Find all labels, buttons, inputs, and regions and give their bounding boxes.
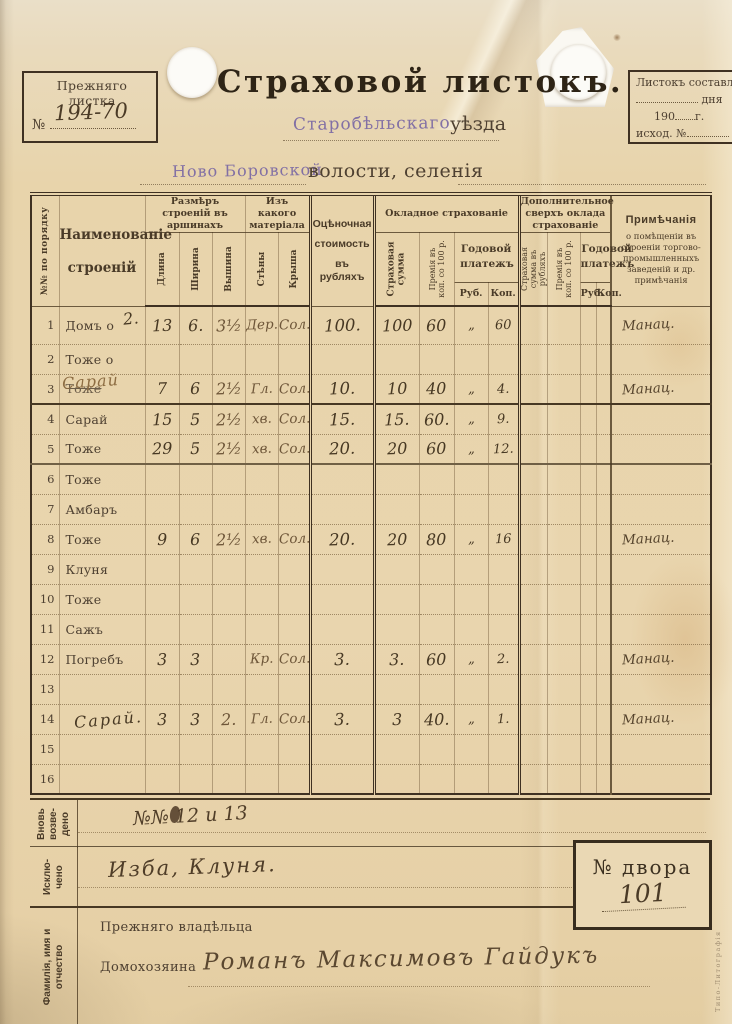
handwritten-value: „ — [467, 442, 474, 457]
col-header-name: Наименованіестроеній — [59, 194, 145, 306]
cell-walls — [245, 584, 278, 614]
cell-dkop — [596, 404, 611, 434]
cell-walls: Дер. — [245, 306, 278, 344]
table-row: 9Клуня — [31, 554, 711, 584]
cell-len — [145, 554, 179, 584]
previous-sheet-box: Прежняго листка № 194-70 — [22, 71, 158, 143]
table-row: 11Сажъ — [31, 614, 711, 644]
cell-wid: 3 — [179, 704, 212, 734]
cell-kop — [488, 554, 519, 584]
cell-value — [310, 494, 374, 524]
cell-note — [611, 494, 711, 524]
cell-dsum — [519, 554, 547, 584]
cell-prem: 60. — [419, 404, 454, 434]
handwritten-value: 3 — [392, 709, 403, 728]
cell-len — [145, 494, 179, 524]
building-name-cell: Клуня — [59, 554, 145, 584]
householder-name-handwritten: Романъ Максимовъ Гайдукъ — [203, 943, 600, 976]
cell-sum: 100 — [374, 306, 419, 344]
table-row: 4Сарай1552½хв.Сол.15.15.60.„9. — [31, 404, 711, 434]
cell-dprem — [547, 306, 580, 344]
cell-wid — [179, 614, 212, 644]
handwritten-value: 10. — [329, 379, 356, 399]
cell-note — [611, 584, 711, 614]
col-header-kop: Коп. — [488, 282, 519, 306]
table-row: 10Тоже — [31, 584, 711, 614]
cell-walls: хв. — [245, 434, 278, 464]
cell-walls — [245, 344, 278, 374]
table-row: 8Тоже962½хв.Сол.20.2080„16Манац. — [31, 524, 711, 554]
handwritten-value: 2½ — [215, 529, 241, 549]
cell-prem: 60 — [419, 434, 454, 464]
cell-rub: „ — [454, 306, 488, 344]
building-name-cell: Домъ о2. — [59, 306, 145, 344]
cell-roof — [278, 734, 310, 764]
building-name-cell: Сарай. — [59, 704, 145, 734]
cell-len — [145, 674, 179, 704]
table-row: 15 — [31, 734, 711, 764]
cell-note — [611, 764, 711, 794]
cell-dprem — [547, 704, 580, 734]
building-name-cell: Сарай — [59, 404, 145, 434]
cell-len: 7 — [145, 374, 179, 404]
cell-drub — [580, 404, 596, 434]
cell-note — [611, 674, 711, 704]
cell-value — [310, 764, 374, 794]
handwritten-value: 13 — [151, 316, 172, 336]
cell-len: 15 — [145, 404, 179, 434]
building-name-handwritten: Сарай. — [73, 707, 143, 732]
cell-len: 3 — [145, 704, 179, 734]
cell-hei — [212, 554, 245, 584]
dotted-line — [140, 184, 306, 185]
cell-dkop — [596, 344, 611, 374]
cell-dprem — [547, 764, 580, 794]
cell-kop — [488, 344, 519, 374]
cell-value: 15. — [310, 404, 374, 434]
cell-roof: Сол. — [278, 404, 310, 434]
cell-dkop — [596, 494, 611, 524]
insurance-table: №№ по порядку Наименованіестроеній Размѣ… — [30, 192, 712, 795]
cell-value: 20. — [310, 434, 374, 464]
cell-wid — [179, 584, 212, 614]
building-name-printed: Сажъ — [66, 622, 104, 637]
cell-rub — [454, 584, 488, 614]
handwritten-value: 100. — [323, 315, 360, 335]
handwritten-value: Дер. — [245, 317, 277, 334]
cell-wid: 5 — [179, 434, 212, 464]
cell-walls: Гл. — [245, 704, 278, 734]
cell-value — [310, 674, 374, 704]
cell-hei — [212, 674, 245, 704]
cell-sum — [374, 494, 419, 524]
cell-rub: „ — [454, 404, 488, 434]
cell-dsum — [519, 374, 547, 404]
cell-note: Манац. — [611, 374, 711, 404]
handwritten-value: Сол. — [278, 440, 310, 457]
col-header-walls: Стѣны — [245, 232, 278, 306]
cell-rub — [454, 494, 488, 524]
handwritten-value: Манац. — [622, 710, 675, 729]
handwritten-value: 2½ — [215, 379, 241, 399]
cell-dkop — [596, 464, 611, 494]
cell-value: 3. — [310, 704, 374, 734]
table-row: 2Тоже о — [31, 344, 711, 374]
cell-rub — [454, 554, 488, 584]
table-row: 14Сарай.332.Гл.Сол.3.340.„1.Манац. — [31, 704, 711, 734]
yard-number-label: № двора — [576, 855, 709, 879]
row-number: 7 — [31, 494, 59, 524]
cell-drub — [580, 494, 596, 524]
building-name-cell — [59, 734, 145, 764]
cell-note: Манац. — [611, 524, 711, 554]
cell-drub — [580, 704, 596, 734]
cell-note — [611, 434, 711, 464]
cell-len — [145, 734, 179, 764]
building-name-printed: Погребъ — [66, 652, 124, 667]
cell-hei — [212, 764, 245, 794]
uyezd-stamp: Старобѣльскаго — [293, 113, 451, 135]
cell-walls — [245, 554, 278, 584]
cell-value — [310, 734, 374, 764]
yard-number-box: № двора 101 — [573, 840, 712, 930]
cell-dkop — [596, 764, 611, 794]
handwritten-value: 20 — [387, 529, 408, 549]
handwritten-value: 100 — [381, 315, 412, 335]
page-title: Страховой листокъ. — [200, 64, 640, 100]
handwritten-value: Гл. — [250, 380, 272, 397]
handwritten-value: Манац. — [622, 530, 675, 549]
handwritten-value: „ — [467, 318, 474, 333]
cell-rub: „ — [454, 524, 488, 554]
cell-prem — [419, 614, 454, 644]
dotted-line — [636, 92, 698, 103]
cell-drub — [580, 344, 596, 374]
cell-note: Манац. — [611, 704, 711, 734]
handwritten-value: 3 — [157, 649, 168, 668]
cell-prem — [419, 494, 454, 524]
cell-note — [611, 404, 711, 434]
col-header-rub: Руб. — [580, 282, 596, 306]
cell-prem — [419, 344, 454, 374]
cell-wid: 3 — [179, 644, 212, 674]
volost-stamp: Ново Боровской — [172, 160, 323, 181]
cell-dsum — [519, 734, 547, 764]
cell-prem — [419, 674, 454, 704]
previous-sheet-number-handwritten: 194-70 — [53, 99, 128, 126]
building-name-printed: Тоже о — [66, 352, 114, 367]
cell-sum — [374, 464, 419, 494]
handwritten-value: хв. — [251, 441, 271, 458]
cell-roof — [278, 674, 310, 704]
cell-rub — [454, 344, 488, 374]
row-number: 5 — [31, 434, 59, 464]
cell-value: 10. — [310, 374, 374, 404]
cell-kop: 60 — [488, 306, 519, 344]
handwritten-value: Манац. — [622, 316, 675, 335]
cell-hei — [212, 344, 245, 374]
building-name-cell: Тоже — [59, 434, 145, 464]
handwritten-value: хв. — [251, 531, 271, 548]
col-header-kop: Коп. — [596, 282, 611, 306]
cell-dprem — [547, 614, 580, 644]
row-number: 4 — [31, 404, 59, 434]
cell-kop — [488, 734, 519, 764]
building-name-cell: Тоже — [59, 524, 145, 554]
cell-sum: 20 — [374, 434, 419, 464]
cell-wid — [179, 494, 212, 524]
cell-dkop — [596, 734, 611, 764]
cell-len — [145, 614, 179, 644]
cell-walls — [245, 734, 278, 764]
cell-roof: Сол. — [278, 374, 310, 404]
cell-roof — [278, 554, 310, 584]
handwritten-value: 10 — [387, 379, 408, 399]
cell-prem — [419, 554, 454, 584]
cell-value — [310, 554, 374, 584]
cell-walls: Кр. — [245, 644, 278, 674]
volost-label: волости, селенія — [308, 160, 483, 182]
handwritten-value: 3 — [157, 709, 168, 728]
cell-kop: 4. — [488, 374, 519, 404]
handwritten-value: 7 — [157, 379, 168, 398]
cell-hei — [212, 464, 245, 494]
cell-len: 29 — [145, 434, 179, 464]
table-header: №№ по порядку Наименованіестроеній Размѣ… — [31, 194, 711, 306]
table-row: 7Амбаръ — [31, 494, 711, 524]
cell-hei: 2½ — [212, 434, 245, 464]
handwritten-value: 60. — [423, 409, 449, 429]
building-name-handwritten: 2. — [122, 308, 140, 329]
handwritten-value: 4. — [497, 382, 510, 397]
dotted-line — [283, 140, 499, 141]
handwritten-value: 5 — [190, 439, 201, 458]
cell-kop: 9. — [488, 404, 519, 434]
cell-len: 13 — [145, 306, 179, 344]
cell-kop: 16 — [488, 524, 519, 554]
cell-dsum — [519, 344, 547, 374]
building-name-cell: Тоже — [59, 584, 145, 614]
cell-drub — [580, 764, 596, 794]
paper-stain — [613, 34, 621, 41]
handwritten-value: „ — [467, 532, 474, 547]
handwritten-value: 6. — [188, 316, 204, 336]
row-number: 1 — [31, 306, 59, 344]
cell-prem — [419, 734, 454, 764]
cell-value — [310, 614, 374, 644]
row-number: 15 — [31, 734, 59, 764]
col-header-roof: Крыша — [278, 232, 310, 306]
cell-drub — [580, 554, 596, 584]
cell-rub: „ — [454, 434, 488, 464]
cell-prem — [419, 464, 454, 494]
cell-prem: 60 — [419, 306, 454, 344]
cell-dprem — [547, 494, 580, 524]
cell-rub — [454, 674, 488, 704]
newly-built-label: Вновь возве- дено — [30, 800, 78, 848]
cell-rub: „ — [454, 644, 488, 674]
col-group-size: Размѣръ строеній въ аршинахъ — [145, 194, 245, 232]
cell-roof — [278, 764, 310, 794]
cell-dsum — [519, 704, 547, 734]
handwritten-value: Гл. — [250, 711, 272, 728]
handwritten-value: 9 — [157, 529, 168, 548]
cell-hei: 2½ — [212, 404, 245, 434]
building-name-printed: Клуня — [66, 562, 109, 577]
handwritten-value: Манац. — [622, 650, 675, 669]
handwritten-value: 15 — [151, 410, 172, 430]
building-name-cell: Сажъ — [59, 614, 145, 644]
handwritten-value: Сол. — [278, 411, 310, 428]
handwritten-value: 9. — [497, 412, 510, 427]
number-sign: № — [32, 117, 45, 133]
printer-imprint: Типо-Литографія — [714, 822, 722, 1012]
handwritten-value: 2½ — [215, 439, 241, 459]
building-name-printed: Тоже — [66, 592, 102, 607]
cell-wid: 5 — [179, 404, 212, 434]
handwritten-value: 3. — [334, 709, 350, 729]
cell-sum: 3 — [374, 704, 419, 734]
cell-roof — [278, 584, 310, 614]
cell-value: 100. — [310, 306, 374, 344]
handwritten-value: 6 — [190, 529, 201, 548]
cell-drub — [580, 644, 596, 674]
cell-dprem — [547, 734, 580, 764]
handwritten-value: Кр. — [250, 651, 274, 668]
cell-wid: 6 — [179, 524, 212, 554]
cell-len — [145, 584, 179, 614]
cell-sum: 3. — [374, 644, 419, 674]
cell-drub — [580, 614, 596, 644]
cell-sum — [374, 344, 419, 374]
cell-dprem — [547, 344, 580, 374]
cell-sum: 20 — [374, 524, 419, 554]
cell-hei — [212, 734, 245, 764]
col-header-value: Оцѣночнаястоимостьвъ рубляхъ — [310, 194, 374, 306]
cell-dsum — [519, 434, 547, 464]
cell-dprem — [547, 404, 580, 434]
cell-rub — [454, 614, 488, 644]
cell-dprem — [547, 464, 580, 494]
cell-dkop — [596, 704, 611, 734]
handwritten-value: „ — [467, 382, 474, 397]
col-group-oklad: Окладное страхованіе — [374, 194, 519, 232]
cell-prem: 80 — [419, 524, 454, 554]
cell-dsum — [519, 584, 547, 614]
family-name-label: Фамилія, имя и отчество — [30, 908, 78, 1024]
row-number: 12 — [31, 644, 59, 674]
cell-roof: Сол. — [278, 644, 310, 674]
col-header-dop-sum: Страховая сумма въ рубляхъ — [519, 232, 547, 306]
col-header-rub: Руб. — [454, 282, 488, 306]
row-number: 16 — [31, 764, 59, 794]
cell-hei — [212, 494, 245, 524]
handwritten-value: „ — [467, 412, 474, 427]
cell-value — [310, 464, 374, 494]
cell-len: 3 — [145, 644, 179, 674]
cell-rub: „ — [454, 374, 488, 404]
building-name-cell: Тоже — [59, 464, 145, 494]
col-header-length: Длина — [145, 232, 179, 306]
cell-note — [611, 344, 711, 374]
handwritten-value: 16 — [495, 532, 512, 548]
building-name-printed: Амбаръ — [66, 502, 118, 517]
newly-built-value: №№ 12 и 13 — [133, 802, 249, 830]
handwritten-value: 2. — [497, 652, 510, 667]
cell-note — [611, 554, 711, 584]
cell-dprem — [547, 674, 580, 704]
cell-rub — [454, 464, 488, 494]
dotted-line — [675, 109, 695, 120]
cell-sum — [374, 764, 419, 794]
cell-roof — [278, 464, 310, 494]
cell-walls — [245, 674, 278, 704]
cell-drub — [580, 306, 596, 344]
cell-kop: 12. — [488, 434, 519, 464]
cell-drub — [580, 524, 596, 554]
handwritten-value: 3½ — [215, 315, 241, 335]
cell-dsum — [519, 764, 547, 794]
handwritten-value: „ — [467, 652, 474, 667]
cell-hei — [212, 614, 245, 644]
cell-dkop — [596, 434, 611, 464]
cell-kop: 2. — [488, 644, 519, 674]
cell-dprem — [547, 524, 580, 554]
handwritten-value: 20. — [329, 439, 356, 459]
cell-value — [310, 584, 374, 614]
handwritten-value: 3. — [334, 649, 350, 669]
cell-note: Манац. — [611, 644, 711, 674]
cell-dkop — [596, 554, 611, 584]
cell-len — [145, 344, 179, 374]
sheet-composed-box: Листокъ составленъ дня 190г. исход. № — [628, 70, 732, 144]
building-name-cell: ТожеСарай — [59, 374, 145, 404]
cell-sum — [374, 674, 419, 704]
handwritten-value: 60 — [495, 318, 512, 334]
table-row: 6Тоже — [31, 464, 711, 494]
cell-value — [310, 344, 374, 374]
cell-kop — [488, 614, 519, 644]
cell-rub — [454, 734, 488, 764]
cell-roof — [278, 614, 310, 644]
table-row: 1Домъ о2.136.3½Дер.Сол.100.10060„60Манац… — [31, 306, 711, 344]
cell-wid: 6 — [179, 374, 212, 404]
householder-label: Домохозяина — [100, 960, 196, 975]
cell-kop: 1. — [488, 704, 519, 734]
cell-dsum — [519, 494, 547, 524]
cell-kop — [488, 674, 519, 704]
handwritten-value: Сол. — [278, 317, 310, 334]
handwritten-value: Сол. — [278, 531, 310, 548]
cell-hei: 3½ — [212, 306, 245, 344]
building-name-cell: Погребъ — [59, 644, 145, 674]
row-number: 9 — [31, 554, 59, 584]
building-name-cell: Амбаръ — [59, 494, 145, 524]
cell-walls: Гл. — [245, 374, 278, 404]
cell-dkop — [596, 614, 611, 644]
composed-label: Листокъ составленъ — [636, 76, 732, 89]
cell-drub — [580, 434, 596, 464]
cell-dkop — [596, 374, 611, 404]
building-name-printed: Сарай — [66, 412, 108, 427]
cell-dsum — [519, 524, 547, 554]
cell-note — [611, 464, 711, 494]
excluded-value: Изба, Клуня. — [108, 852, 277, 882]
cell-dsum — [519, 674, 547, 704]
building-name-printed: Домъ о — [66, 318, 115, 333]
handwritten-value: 20. — [329, 529, 356, 549]
cell-prem: 40 — [419, 374, 454, 404]
